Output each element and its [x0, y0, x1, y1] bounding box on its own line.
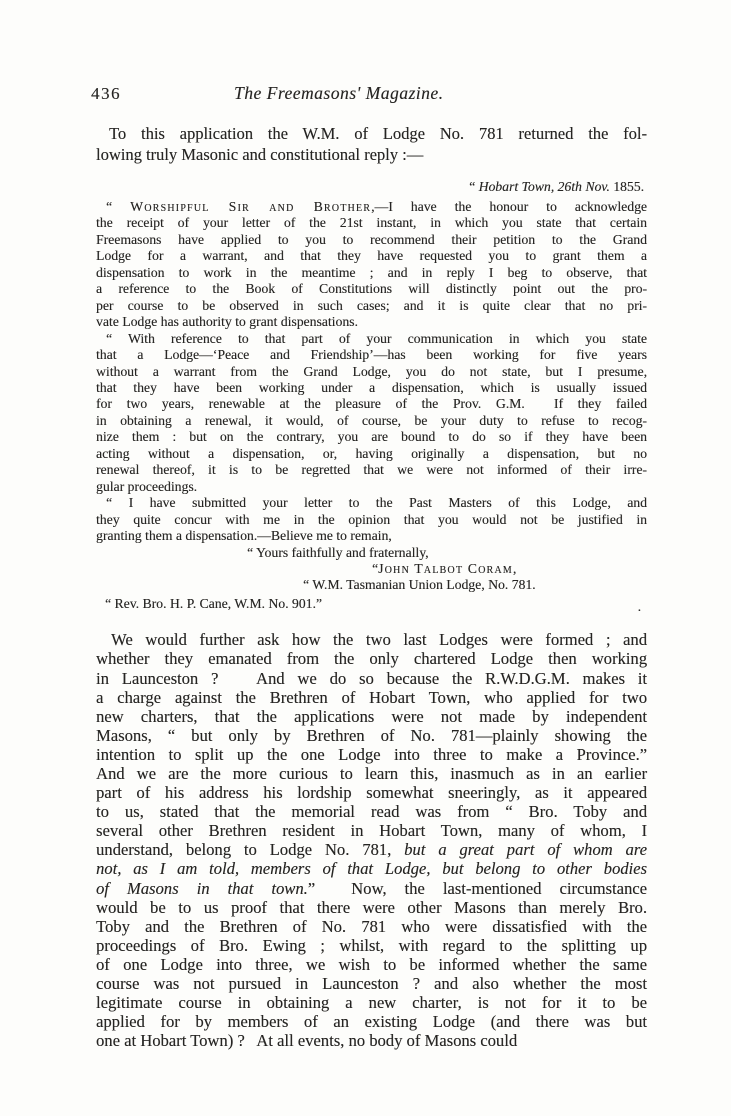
text-line: Masons, “ but only by Brethren of No. 78… — [96, 726, 647, 745]
text-line: Toby and the Brethren of No. 781 who wer… — [96, 917, 647, 936]
letter-dateline: “ Hobart Town, 26th Nov. 1855. — [96, 178, 647, 195]
text-line: in obtaining a renewal, it would, of cou… — [96, 413, 647, 429]
text-line: renewal thereof, it is to be regretted t… — [96, 462, 647, 478]
text-line: of one Lodge into three, we wish to be i… — [96, 955, 647, 974]
stray-mark: . — [638, 599, 641, 615]
text-line: new charters, that the applications were… — [96, 707, 647, 726]
text-line: And we are the more curious to learn thi… — [96, 764, 647, 783]
text-line: a charge against the Brethren of Hobart … — [96, 688, 647, 707]
text-line: course was not pursued in Launceston ? a… — [96, 974, 647, 993]
text-line: acting without a dispensation, or, havin… — [96, 446, 647, 462]
letter-paragraph-1: “ Worshipful Sir and Brother,—I have the… — [96, 199, 647, 331]
page-header: 436 The Freemasons' Magazine. — [96, 84, 647, 104]
text-line: intention to split up the one Lodge into… — [96, 745, 647, 764]
text-line: vate Lodge has authority to grant dispen… — [96, 314, 647, 330]
text-line: that a Lodge—‘Peace and Friendship’—has … — [96, 347, 647, 363]
addressee-line: “ Rev. Bro. H. P. Cane, W.M. No. 901.” . — [96, 596, 647, 612]
text-line: granting them a dispensation.—Believe me… — [96, 528, 647, 544]
text-line: proceedings of Bro. Ewing ; whilst, with… — [96, 936, 647, 955]
text-line: would be to us proof that there were oth… — [96, 898, 647, 917]
text-line: they quite concur with me in the opinion… — [96, 512, 647, 528]
text-line: “ With reference to that part of your co… — [96, 331, 647, 347]
signature-valediction: “ Yours faithfully and fraternally, — [96, 545, 647, 561]
text-line: without a warrant from the Grand Lodge, … — [96, 364, 647, 380]
text-line: dispensation to work in the meantime ; a… — [96, 265, 647, 281]
magazine-page: 436 The Freemasons' Magazine. To this ap… — [0, 0, 731, 1116]
text-line: nize them : but on the contrary, you are… — [96, 429, 647, 445]
text-line: whether they emanated from the only char… — [96, 649, 647, 668]
text-line: of Masons in that town.” Now, the last-m… — [96, 879, 647, 898]
text-line: one at Hobart Town) ? At all events, no … — [96, 1031, 647, 1050]
intro-paragraph: To this application the W.M. of Lodge No… — [96, 123, 647, 165]
text-line: to us, stated that the memorial read was… — [96, 802, 647, 821]
text-line: understand, belong to Lodge No. 781, but… — [96, 840, 647, 859]
addressee-text: “ Rev. Bro. H. P. Cane, W.M. No. 901.” — [105, 596, 322, 611]
page-number: 436 — [91, 84, 121, 104]
page-header-title: The Freemasons' Magazine. — [234, 83, 444, 104]
letter-paragraph-3: “ I have submitted your letter to the Pa… — [96, 495, 647, 544]
text-line: We would further ask how the two last Lo… — [96, 630, 647, 649]
letter-paragraph-2: “ With reference to that part of your co… — [96, 331, 647, 496]
text-line: per course to be observed in such cases;… — [96, 298, 647, 314]
text-line: that they have been working under a disp… — [96, 380, 647, 396]
text-line: Lodge for a warrant, and that they have … — [96, 248, 647, 264]
text-line: To this application the W.M. of Lodge No… — [96, 123, 647, 144]
page-content: 436 The Freemasons' Magazine. To this ap… — [96, 0, 647, 1050]
signature-title: “ W.M. Tasmanian Union Lodge, No. 781. — [96, 577, 647, 593]
text-line: Freemasons have applied to you to recomm… — [96, 232, 647, 248]
text-line: “ I have submitted your letter to the Pa… — [96, 495, 647, 511]
text-line: part of his address his lordship somewha… — [96, 783, 647, 802]
commentary-paragraph: We would further ask how the two last Lo… — [96, 630, 647, 1050]
text-line: legitimate course in obtaining a new cha… — [96, 993, 647, 1012]
text-line: several other Brethren resident in Hobar… — [96, 821, 647, 840]
text-line: in Launceston ? And we do so because the… — [96, 669, 647, 688]
text-line: the receipt of your letter of the 21st i… — [96, 215, 647, 231]
text-line: gular proceedings. — [96, 479, 647, 495]
signature-name: “John Talbot Coram, — [96, 561, 647, 577]
letter-body: “ Worshipful Sir and Brother,—I have the… — [96, 199, 647, 612]
text-line: a reference to the Book of Constitutions… — [96, 281, 647, 297]
text-line: “ Worshipful Sir and Brother,—I have the… — [96, 199, 647, 215]
text-line: applied for by members of an existing Lo… — [96, 1012, 647, 1031]
text-line: lowing truly Masonic and constitutional … — [96, 144, 647, 165]
text-line: for two years, renewable at the pleasure… — [96, 396, 647, 412]
text-line: not, as I am told, members of that Lodge… — [96, 859, 647, 878]
